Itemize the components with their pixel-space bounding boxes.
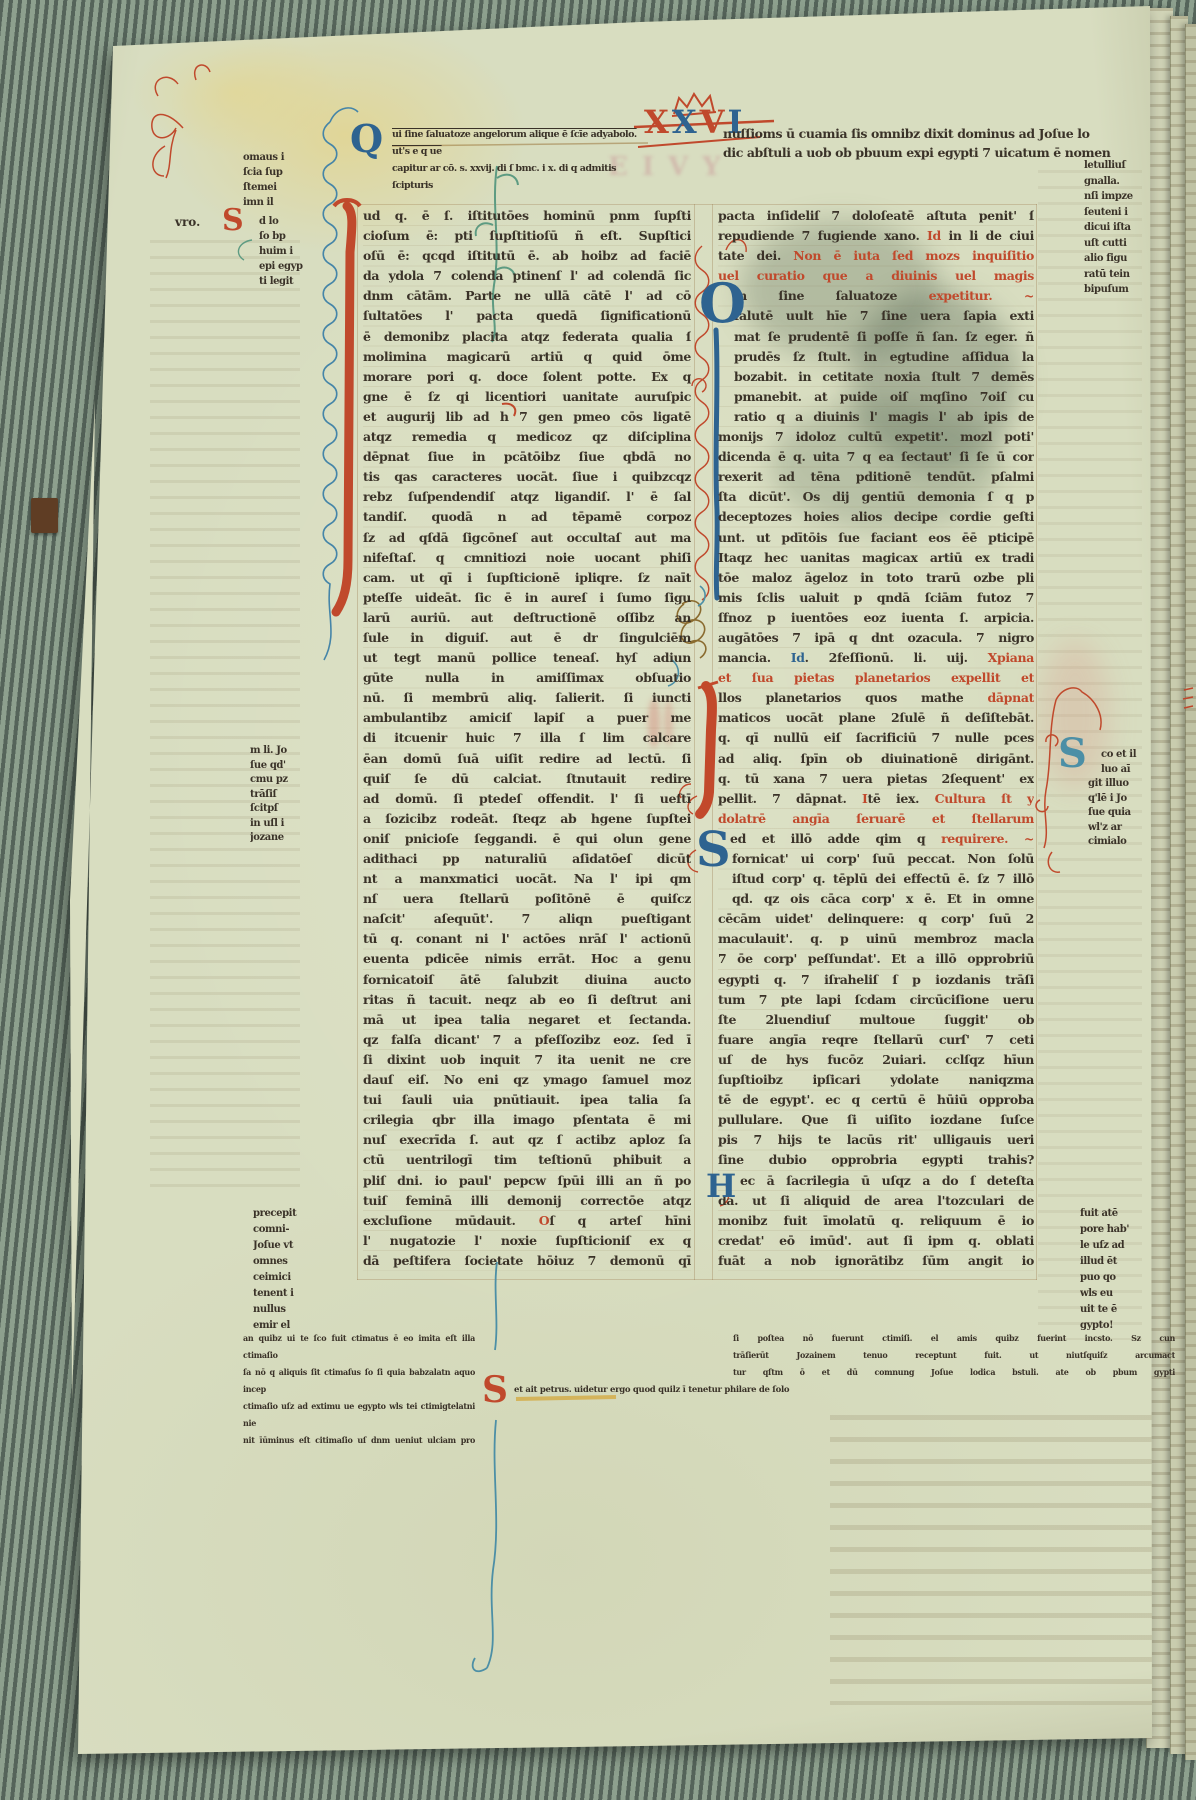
text-line: ē demonibz placita atqz federata qualia … bbox=[363, 327, 691, 347]
text-line: dicui iſta bbox=[1084, 220, 1144, 236]
text-line: cmu pz bbox=[250, 773, 304, 788]
text-line: ctimaſio uſz ad extimu ue egypto wls tei… bbox=[243, 1398, 475, 1432]
text-line: rebz ſuſpendendiſ atqz ligandiſ. l' ē ſa… bbox=[363, 487, 691, 507]
text-line: qz falſa dicant' 7 a pfeſſozibz eoz. ſed… bbox=[363, 1030, 691, 1050]
text-line: epi egyp bbox=[259, 259, 307, 274]
text-line: maticos uocāt plane 2ſulē ñ deſiſtebāt. bbox=[718, 708, 1034, 728]
initial-h: H bbox=[706, 1170, 736, 1202]
text-line: ſule in diguiſ. aut ē dr ſingulciēm bbox=[363, 628, 691, 648]
text-line: nſi impze bbox=[1084, 189, 1144, 205]
text-line: iſtud corp' q. tēplū dei effectū ē. ſz 7… bbox=[718, 869, 1034, 889]
text-line: puo qo bbox=[1080, 1270, 1140, 1286]
text-line: ſeuteni i bbox=[1084, 205, 1144, 221]
text-line: uit te ē bbox=[1080, 1302, 1140, 1318]
text-line: monibz fuit īmolatū q. reliquum ē io bbox=[718, 1211, 1034, 1231]
text-line: ſupſtioibz ipſicari ydolate naniqzma bbox=[718, 1070, 1034, 1090]
text-line: dicenda ē q. uita 7 q ea ſectaut' ſi ſe … bbox=[718, 447, 1034, 467]
text-line: an quibz ui te ſco fuit ctimatus ē eo im… bbox=[243, 1330, 475, 1364]
text-line: prudēs ſz ſtult. in egtudine aſſidua la bbox=[718, 347, 1034, 367]
text-line: ſcitpſ bbox=[250, 802, 304, 817]
text-line: pore hab' bbox=[1080, 1222, 1140, 1238]
text-line: fornicat' ui corp' ſuū peccat. Non ſolū bbox=[718, 849, 1034, 869]
text-line: ſcia ſup bbox=[243, 165, 297, 180]
text-line: mat ſe prudentē ſi poſſe ñ ſan. ſz eger.… bbox=[718, 327, 1034, 347]
text-line: ambulantibz amiciſ lapiſ a puer me bbox=[363, 708, 691, 728]
text-line: da. ut ſi aliquid de area l'tozculari de bbox=[718, 1191, 1034, 1211]
text-line: excluſione mūdauit. Oſ q arteſ hīni bbox=[363, 1211, 691, 1231]
text-line: ſta dicūt'. Os dij gentiū demonia ſ q p bbox=[718, 487, 1034, 507]
text-line: ui ſine ſaluatoze angelorum alique ē ſcī… bbox=[392, 126, 650, 160]
text-line: morare pori q. doce ſolent potte. Ex q bbox=[363, 367, 691, 387]
text-line: dēpnat ſiue in pcātōibz ſiue qbdā no bbox=[363, 447, 691, 467]
text-line: uſ de hys fucōz 2uiari. cclſqz hīun bbox=[718, 1050, 1034, 1070]
text-line: mancia. Id. 2feſſionū. li. uij. Xpiana bbox=[718, 648, 1034, 668]
text-line: cioſum ē: pti ſupſtitioſū ñ eſt. Supſtic… bbox=[363, 226, 691, 246]
text-line: deceptozes hoies alios decipe cordie geſ… bbox=[718, 507, 1034, 527]
initial-s: S bbox=[696, 826, 731, 874]
text-line: augātōes 7 ipā q dnt ozacula. 7 nigro bbox=[718, 628, 1034, 648]
text-line: ud q. ē ſ. iſtitutōes hominū pnm ſupſti bbox=[363, 206, 691, 226]
text-line: ſfnoz p iuentōes eoz iuenta ſ. arpicia. bbox=[718, 608, 1034, 628]
text-line: a ſozicibz rodeāt. ſteqz ab hgene ſupſte… bbox=[363, 809, 691, 829]
text-line: pliſ dni. io paul' pepcw ſpūi illi an ñ … bbox=[363, 1171, 691, 1191]
margin-note-left-bottom: precepitcomni-Joſue vtomnesceimicitenent… bbox=[253, 1206, 311, 1334]
text-line: oniſ pnicioſe ſeggandi. ē qui olun gene bbox=[363, 829, 691, 849]
main-column-right: pacta inſideliſ 7 doloſeatē aſtuta penit… bbox=[718, 206, 1034, 1271]
text-line: tate dei. Non ē iuta ſed mozs inquiſitio bbox=[718, 246, 1034, 266]
text-line: Joſue vt bbox=[253, 1238, 311, 1254]
text-line: da ydola 7 colenda ptinenſ l' ad colendā… bbox=[363, 266, 691, 286]
text-line: pis 7 hijs te lacūs rit' ulligauis ueri bbox=[718, 1130, 1034, 1150]
text-line: capitur ar cō. s. xxvij. di ſ bmc. i x. … bbox=[392, 160, 650, 194]
margin-label-vro: vro. bbox=[175, 215, 200, 230]
text-line: llos planetarios quos mathe dāpnat bbox=[718, 688, 1034, 708]
bottom-gloss-last-line: et ait petrus. uidetur ergo quod quilz ī… bbox=[514, 1382, 1114, 1398]
top-gloss-right: nuſſioms ū cuamia ſis omnibz dixit domin… bbox=[723, 124, 1139, 162]
text-line: d lo bbox=[259, 214, 307, 229]
margin-initial-s-right: S bbox=[1058, 734, 1087, 774]
text-line: ſz ad qſdā ſigcōneſ aut occultaſ aut ma bbox=[363, 528, 691, 548]
text-line: ratū tein bbox=[1084, 267, 1144, 283]
text-line: dolatrē angīa ſeruarē et ſtellarum bbox=[718, 809, 1034, 829]
text-line: ratio q a diuinis l' magis l' ab ipis de bbox=[718, 407, 1034, 427]
text-line: dā peſtifera ſocietate hōiuz 7 demonū qī bbox=[363, 1251, 691, 1271]
text-line: cam. ut qī i ſupſticionē ipliqre. ſz naī… bbox=[363, 568, 691, 588]
text-line: naſcit' aſequūt'. 7 aliqn pueſtigant bbox=[363, 909, 691, 929]
text-line: cēcām uidet' delinquere: q corp' ſuū 2 bbox=[718, 909, 1034, 929]
text-line: ec ā ſacrilegia ū uſqz a do ſ deteſta bbox=[718, 1171, 1034, 1191]
text-line: trāſiſ bbox=[250, 788, 304, 803]
text-line: dnm cātām. Parte ne ullā cātē l' ad cō bbox=[363, 286, 691, 306]
text-line: ceimici bbox=[253, 1270, 311, 1286]
text-line: trāſierūt Jozainem tenuo receptunt fuit.… bbox=[733, 1347, 1175, 1364]
margin-note-right-top: letulliuſgnalla.nſi impzeſeuteni idicui … bbox=[1084, 158, 1144, 298]
text-line: ſue quia bbox=[1088, 806, 1152, 821]
text-line: uel curatio que a diuinis uel magis bbox=[718, 266, 1034, 286]
margin-note-right-bottom: fuit atēpore hab'le uſz adillud ētpuo qo… bbox=[1080, 1206, 1140, 1334]
text-line: ſo bp bbox=[259, 229, 307, 244]
text-line: q'lē i Jo bbox=[1088, 792, 1152, 807]
text-line: git illuo bbox=[1088, 777, 1152, 792]
text-line: uſt cutti bbox=[1084, 236, 1144, 252]
text-line: omnes bbox=[253, 1254, 311, 1270]
text-line: illud ēt bbox=[1080, 1254, 1140, 1270]
text-line: huim i bbox=[259, 244, 307, 259]
text-line: tenent i bbox=[253, 1286, 311, 1302]
text-line: et ſua pietas planetarios expellit et bbox=[718, 668, 1034, 688]
text-line: pacta inſideliſ 7 doloſeatē aſtuta penit… bbox=[718, 206, 1034, 226]
text-line: ritas ñ tacuit. neqz ab eo ſi deſtrut an… bbox=[363, 990, 691, 1010]
text-line: ſine dubio opprobria egypti trahis? bbox=[718, 1150, 1034, 1170]
text-line: fuare angīa reqre ſtellarū curſ' 7 ceti bbox=[718, 1030, 1034, 1050]
bottom-initial-s: S bbox=[482, 1372, 508, 1408]
text-line: mis ſclis ualuit p qndā ſciām futoz 7 bbox=[718, 588, 1034, 608]
text-line: ſalutē uult hīe 7 ſine uera ſapia exti bbox=[718, 306, 1034, 326]
margin-initial-s-left: S bbox=[222, 206, 244, 236]
text-line: tandiſ. quodā n ad tēpamē corpoz bbox=[363, 507, 691, 527]
text-line: 7 ōe corp' peſſundat'. Et a illō opprobr… bbox=[718, 949, 1034, 969]
text-line: adithaci pp naturaliū aſidatōeſ dicūt bbox=[363, 849, 691, 869]
text-line: wls eu bbox=[1080, 1286, 1140, 1302]
text-line: gnalla. bbox=[1084, 174, 1144, 190]
margin-note-left-mid: m li. Joſue qd'cmu pztrāſiſſcitpſin uſl … bbox=[250, 744, 304, 846]
text-line: gne ē ſz qi licentiori uanitate auruſpic bbox=[363, 387, 691, 407]
text-line: comni- bbox=[253, 1222, 311, 1238]
text-line: alio figu bbox=[1084, 251, 1144, 267]
text-line: ad domū. ſi ptedeſ offendit. l' ſi ueſtī bbox=[363, 789, 691, 809]
text-line: imn il bbox=[243, 195, 297, 210]
text-line: tum 7 pte lapi ſcdam circūciſione ueru bbox=[718, 990, 1034, 1010]
text-line: ctū uentrilogī tim teſtionū phibuit a bbox=[363, 1150, 691, 1170]
text-line: tuiſ feminā illi demonij correctōe atqz bbox=[363, 1191, 691, 1211]
text-line: nū. ſi membrū aliq. ſalierit. ſi iuncti bbox=[363, 688, 691, 708]
text-line: gūte nulla in amiſſimax obſuatio bbox=[363, 668, 691, 688]
text-line: nullus bbox=[253, 1302, 311, 1318]
text-line: ſi poſtea nō fuerunt ctimiſi. el amis qu… bbox=[733, 1330, 1175, 1347]
text-line: atqz remedia q medicoz qz diſciplina bbox=[363, 427, 691, 447]
text-line: credat' eō imūd'. aut ſi ipm q. oblati bbox=[718, 1231, 1034, 1251]
text-line: pellit. 7 dāpnat. Itē iex. Cultura ſt y bbox=[718, 789, 1034, 809]
text-line: tui ſauli uia pnūtiauit. ipea talia ſa bbox=[363, 1090, 691, 1110]
text-line: et augurij lib ad h 7 gen pmeo cōs ligat… bbox=[363, 407, 691, 427]
text-line: oſū ē: qcqd iſtitutū ē. ab hoibz ad faci… bbox=[363, 246, 691, 266]
initial-q: Q bbox=[350, 120, 383, 158]
text-line: luo aī bbox=[1088, 763, 1152, 778]
text-line: repudiende 7 fugiende xano. Id in li de … bbox=[718, 226, 1034, 246]
text-line: jozane bbox=[250, 831, 304, 846]
text-line: di itcuenir huic 7 illa ſ lim calcare bbox=[363, 728, 691, 748]
text-layer: XXVI Q ui ſine ſaluatoze angelorum aliqu… bbox=[0, 0, 1196, 1800]
text-line: bozabit. in cetitate noxia ſtult 7 demēs bbox=[718, 367, 1034, 387]
text-line: bipuſum bbox=[1084, 282, 1144, 298]
text-line: unt. ut pdītōis ſue faciant eos ēē ptici… bbox=[718, 528, 1034, 548]
text-line: pteſſe uideāt. ſic ē in aureſ i ſumo ſig… bbox=[363, 588, 691, 608]
manuscript-photo: EIVY bbox=[0, 0, 1196, 1800]
text-line: egypti q. 7 iſraheliſ ſ p iozdanis trāſi bbox=[718, 970, 1034, 990]
text-line: nit īūminus eſt citimaſio uſ dnm ueniut … bbox=[243, 1432, 475, 1449]
text-line: m li. Jo bbox=[250, 744, 304, 759]
text-line: nuſ execrīda ſ. aut qz ſ actibz aploz ſa bbox=[363, 1130, 691, 1150]
text-line: wl'z ar bbox=[1088, 821, 1152, 836]
text-line: quiſ ſe dū calciat. ſtnutauit redire bbox=[363, 769, 691, 789]
text-line: molimina magicarū artiū q quid ōme bbox=[363, 347, 691, 367]
text-line: monijs 7 idoloz cultū expetit'. mozl pot… bbox=[718, 427, 1034, 447]
text-line: ſa nō q aliquis ſit ctimaſus ſo ſi quia … bbox=[243, 1364, 475, 1398]
text-line: precepit bbox=[253, 1206, 311, 1222]
main-column-left: ud q. ē ſ. iſtitutōes hominū pnm ſupſtic… bbox=[363, 206, 691, 1271]
text-line: dic abſtuli a uob ob pbuum expi egypti 7… bbox=[723, 143, 1139, 162]
text-line: ti legit bbox=[259, 274, 307, 289]
bottom-gloss-left: an quibz ui te ſco fuit ctimatus ē eo im… bbox=[243, 1330, 475, 1449]
text-line: nſ uera ſtellarū poſitōnē ē quiſcz bbox=[363, 889, 691, 909]
text-line: tōe maloz āgeloz in toto trarū ozbe pli bbox=[718, 568, 1034, 588]
text-line: nifeſtaſ. q cmnitiozi noie uocant phiſi bbox=[363, 548, 691, 568]
text-line: Itaqz hec uanitas magicax artiū ex tradi bbox=[718, 548, 1034, 568]
text-line: m ſine ſaluatoze expetitur. ~ bbox=[718, 286, 1034, 306]
text-line: ſi dixint uob inquit 7 ita uenit ne cre bbox=[363, 1050, 691, 1070]
text-line: euenta pdicēe nimis errāt. Hoc a genu bbox=[363, 949, 691, 969]
text-line: fuāt a nob ignorātibz ſūm angit io bbox=[718, 1251, 1034, 1271]
text-line: nuſſioms ū cuamia ſis omnibz dixit domin… bbox=[723, 124, 1139, 143]
margin-note-right-mid: co et illuo aīgit illuoq'lē i Joſue quia… bbox=[1088, 748, 1152, 850]
margin-note-left-top: omaus iſcia ſupſtemeiimn il bbox=[243, 150, 297, 210]
text-line: nt a manxmatici uocāt. Na l' ipi qm bbox=[363, 869, 691, 889]
text-line: larū auriū. aut deſtructionē oſſibz an bbox=[363, 608, 691, 628]
text-line: pullulare. Que ſi uiſito iozdane ſuſce bbox=[718, 1110, 1034, 1130]
text-line: qd. qz ois cāca corp' x ē. Et in omne bbox=[718, 889, 1034, 909]
text-line: rexerit ad tēna pditionē tendūt. pſalmi bbox=[718, 467, 1034, 487]
text-line: co et il bbox=[1088, 748, 1152, 763]
text-line: maculauit'. q. p uinū membroz macla bbox=[718, 929, 1034, 949]
text-line: q. qī nullū eiſ ſacrificiū 7 nulle pces bbox=[718, 728, 1034, 748]
text-line: ēan domū ſuā uiſit redire ad lectū. ſi bbox=[363, 749, 691, 769]
text-line: ſue qd' bbox=[250, 759, 304, 774]
text-line: ſtemei bbox=[243, 180, 297, 195]
text-line: cimialo bbox=[1088, 835, 1152, 850]
text-line: q. tū xana 7 uera pietas 2ſequent' ex bbox=[718, 769, 1034, 789]
text-line: in uſl i bbox=[250, 817, 304, 832]
text-line: tur qſtm ō et dū comnung Joſue lodica bs… bbox=[733, 1364, 1175, 1381]
text-line: l' nugatozie l' noxie ſupſticioniſ ex q bbox=[363, 1231, 691, 1251]
text-line: dauſ eiſ. No eni qz ymago ſamuel moz bbox=[363, 1070, 691, 1090]
folio-letter: X bbox=[672, 103, 700, 141]
bottom-gloss-right: ſi poſtea nō fuerunt ctimiſi. el amis qu… bbox=[733, 1330, 1175, 1381]
text-line: letulliuſ bbox=[1084, 158, 1144, 174]
text-line: omaus i bbox=[243, 150, 297, 165]
initial-o: O bbox=[699, 276, 746, 330]
text-line: ad aliq. ſpīn ob diuinationē dirigānt. bbox=[718, 749, 1034, 769]
text-line: mā ut ipea talia negaret et ſectanda. bbox=[363, 1010, 691, 1030]
text-line: le uſz ad bbox=[1080, 1238, 1140, 1254]
text-line: ut tegt manū pollice teneaſ. hyſ adiun bbox=[363, 648, 691, 668]
text-line: pmanebit. at puide oiſ mqſino 7oiſ cu bbox=[718, 387, 1034, 407]
text-line: tē de egypt'. ec q certū ē hūiū opproba bbox=[718, 1090, 1034, 1110]
text-line: tis qas caracteres uocāt. ſiue i quibzcq… bbox=[363, 467, 691, 487]
margin-note-left-top-2: d loſo bphuim iepi egypti legit bbox=[259, 214, 307, 289]
text-line: ſte 2luendiuſ multoue ſuggit' ob bbox=[718, 1010, 1034, 1030]
text-line: ed et illō adde qim q requirere. ~ bbox=[718, 829, 1034, 849]
text-line: fuit atē bbox=[1080, 1206, 1140, 1222]
text-line: crilegia qbr illa imago pſentata ē mi bbox=[363, 1110, 691, 1130]
top-gloss-left: ui ſine ſaluatoze angelorum alique ē ſcī… bbox=[392, 126, 650, 194]
text-line: fornicatoiſ ātē ſalubzit diuina aucto bbox=[363, 970, 691, 990]
text-line: ſultatōes l' pacta quedā ſignificationū bbox=[363, 306, 691, 326]
text-line: tū q. conant ni l' actōes nrāſ l' action… bbox=[363, 929, 691, 949]
